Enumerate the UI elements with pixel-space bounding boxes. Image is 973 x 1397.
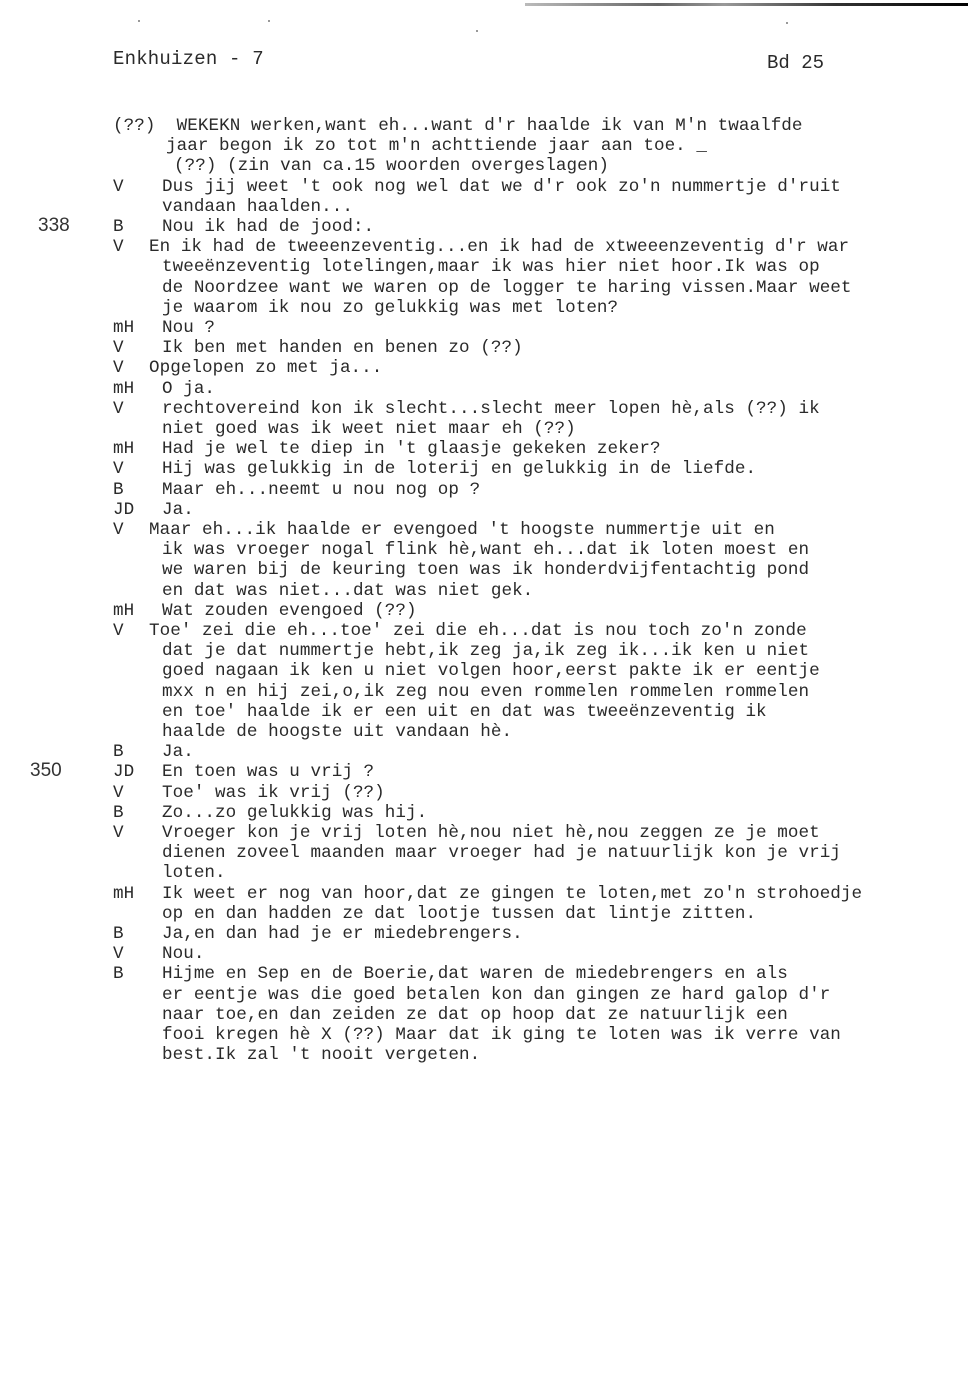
transcript-line: (??) WEKEKN werken,want eh...want d'r ha… bbox=[113, 116, 803, 136]
transcript-line: Toe' zei die eh...toe' zei die eh...dat … bbox=[149, 621, 807, 641]
scan-speck bbox=[476, 30, 478, 32]
transcript-line: Ik ben met handen en benen zo (??) bbox=[162, 338, 523, 358]
speaker-label: V bbox=[113, 783, 124, 803]
speaker-label: JD bbox=[113, 500, 134, 520]
transcript-line: Toe' was ik vrij (??) bbox=[162, 783, 385, 803]
scan-speck bbox=[786, 22, 788, 24]
margin-line-number: 350 bbox=[30, 760, 62, 782]
speaker-label: V bbox=[113, 459, 124, 479]
scan-speck bbox=[268, 20, 270, 22]
transcript-line: Zo...zo gelukkig was hij. bbox=[162, 803, 427, 823]
transcript-line: Nou ik had de jood:. bbox=[162, 217, 374, 237]
transcript-line: en toe' haalde ik er een uit en dat was … bbox=[162, 702, 767, 722]
speaker-label: mH bbox=[113, 601, 134, 621]
speaker-label: JD bbox=[113, 762, 134, 782]
transcript-line: jaar begon ik zo tot m'n achttiende jaar… bbox=[166, 136, 707, 156]
transcript-line: mxx n en hij zei,o,ik zeg nou even romme… bbox=[162, 682, 809, 702]
scan-edge-line bbox=[525, 3, 968, 6]
transcript-line: Ja. bbox=[162, 500, 194, 520]
transcript-line: we waren bij de keuring toen was ik hond… bbox=[162, 560, 809, 580]
transcript-line: loten. bbox=[162, 863, 226, 883]
margin-line-number: 338 bbox=[38, 215, 70, 237]
transcript-line: Vroeger kon je vrij loten hè,nou niet hè… bbox=[162, 823, 820, 843]
transcript-line: rechtovereind kon ik slecht...slecht mee… bbox=[162, 399, 820, 419]
transcript-line: niet goed was ik weet niet maar eh (??) bbox=[162, 419, 576, 439]
speaker-label: B bbox=[113, 217, 124, 237]
speaker-label: V bbox=[113, 338, 124, 358]
page-reference: Bd 25 bbox=[767, 52, 824, 74]
speaker-label: mH bbox=[113, 439, 134, 459]
transcript-line: best.Ik zal 't nooit vergeten. bbox=[162, 1045, 480, 1065]
transcript-line: ik was vroeger nogal flink hè,want eh...… bbox=[162, 540, 809, 560]
document-title: Enkhuizen - 7 bbox=[113, 48, 264, 70]
transcript-line: haalde de hoogste uit vandaan hè. bbox=[162, 722, 512, 742]
transcript-line: Maar eh...neemt u nou nog op ? bbox=[162, 480, 480, 500]
transcript-line: Nou. bbox=[162, 944, 204, 964]
speaker-label: B bbox=[113, 964, 124, 984]
speaker-label: V bbox=[113, 823, 124, 843]
speaker-label: mH bbox=[113, 379, 134, 399]
transcript-line: Had je wel te diep in 't glaasje gekeken… bbox=[162, 439, 661, 459]
transcript-line: Wat zouden evengoed (??) bbox=[162, 601, 417, 621]
speaker-label: B bbox=[113, 924, 124, 944]
transcript-line: Opgelopen zo met ja... bbox=[149, 358, 382, 378]
transcript-line: Hij was gelukkig in de loterij en gelukk… bbox=[162, 459, 756, 479]
transcript-line: goed nagaan ik ken u niet volgen hoor,ee… bbox=[162, 661, 820, 681]
speaker-label: V bbox=[113, 520, 124, 540]
transcript-line: Hijme en Sep en de Boerie,dat waren de m… bbox=[162, 964, 788, 984]
transcript-line: Nou ? bbox=[162, 318, 215, 338]
transcript-line: er eentje was die goed betalen kon dan g… bbox=[162, 985, 830, 1005]
transcript-line: Ja. bbox=[162, 742, 194, 762]
transcript-line: je waarom ik nou zo gelukkig was met lot… bbox=[162, 298, 618, 318]
speaker-label: mH bbox=[113, 318, 134, 338]
transcript-line: Ja,en dan had je er miedebrengers. bbox=[162, 924, 523, 944]
speaker-label: V bbox=[113, 944, 124, 964]
speaker-label: V bbox=[113, 621, 124, 641]
scan-speck bbox=[138, 20, 140, 22]
transcript-line: Dus jij weet 't ook nog wel dat we d'r o… bbox=[162, 177, 841, 197]
transcript-line: dat je dat nummertje hebt,ik zeg ja,ik z… bbox=[162, 641, 809, 661]
speaker-label: B bbox=[113, 742, 124, 762]
transcript-line: op en dan hadden ze dat lootje tussen da… bbox=[162, 904, 756, 924]
transcript-line: O ja. bbox=[162, 379, 215, 399]
transcript-line: en dat was niet...dat was niet gek. bbox=[162, 581, 533, 601]
transcript-line: En toen was u vrij ? bbox=[162, 762, 374, 782]
transcript-line: (??) (zin van ca.15 woorden overgeslagen… bbox=[174, 156, 609, 176]
transcript-line: fooi kregen hè X (??) Maar dat ik ging t… bbox=[162, 1025, 841, 1045]
transcript-line: tweeënzeventig lotelingen,maar ik was hi… bbox=[162, 257, 820, 277]
speaker-label: mH bbox=[113, 884, 134, 904]
transcript-line: vandaan haalden... bbox=[162, 197, 353, 217]
speaker-label: B bbox=[113, 803, 124, 823]
transcript-line: dienen zoveel maanden maar vroeger had j… bbox=[162, 843, 841, 863]
transcript-line: En ik had de tweeenzeventig...en ik had … bbox=[149, 237, 849, 257]
speaker-label: V bbox=[113, 358, 124, 378]
speaker-label: V bbox=[113, 237, 124, 257]
speaker-label: V bbox=[113, 399, 124, 419]
transcript-line: de Noordzee want we waren op de logger t… bbox=[162, 278, 852, 298]
speaker-label: V bbox=[113, 177, 124, 197]
speaker-label: B bbox=[113, 480, 124, 500]
transcript-line: Ik weet er nog van hoor,dat ze gingen te… bbox=[162, 884, 862, 904]
transcript-line: Maar eh...ik haalde er evengoed 't hoogs… bbox=[149, 520, 775, 540]
transcript-line: naar toe,en dan zeiden ze dat op hoop da… bbox=[162, 1005, 788, 1025]
